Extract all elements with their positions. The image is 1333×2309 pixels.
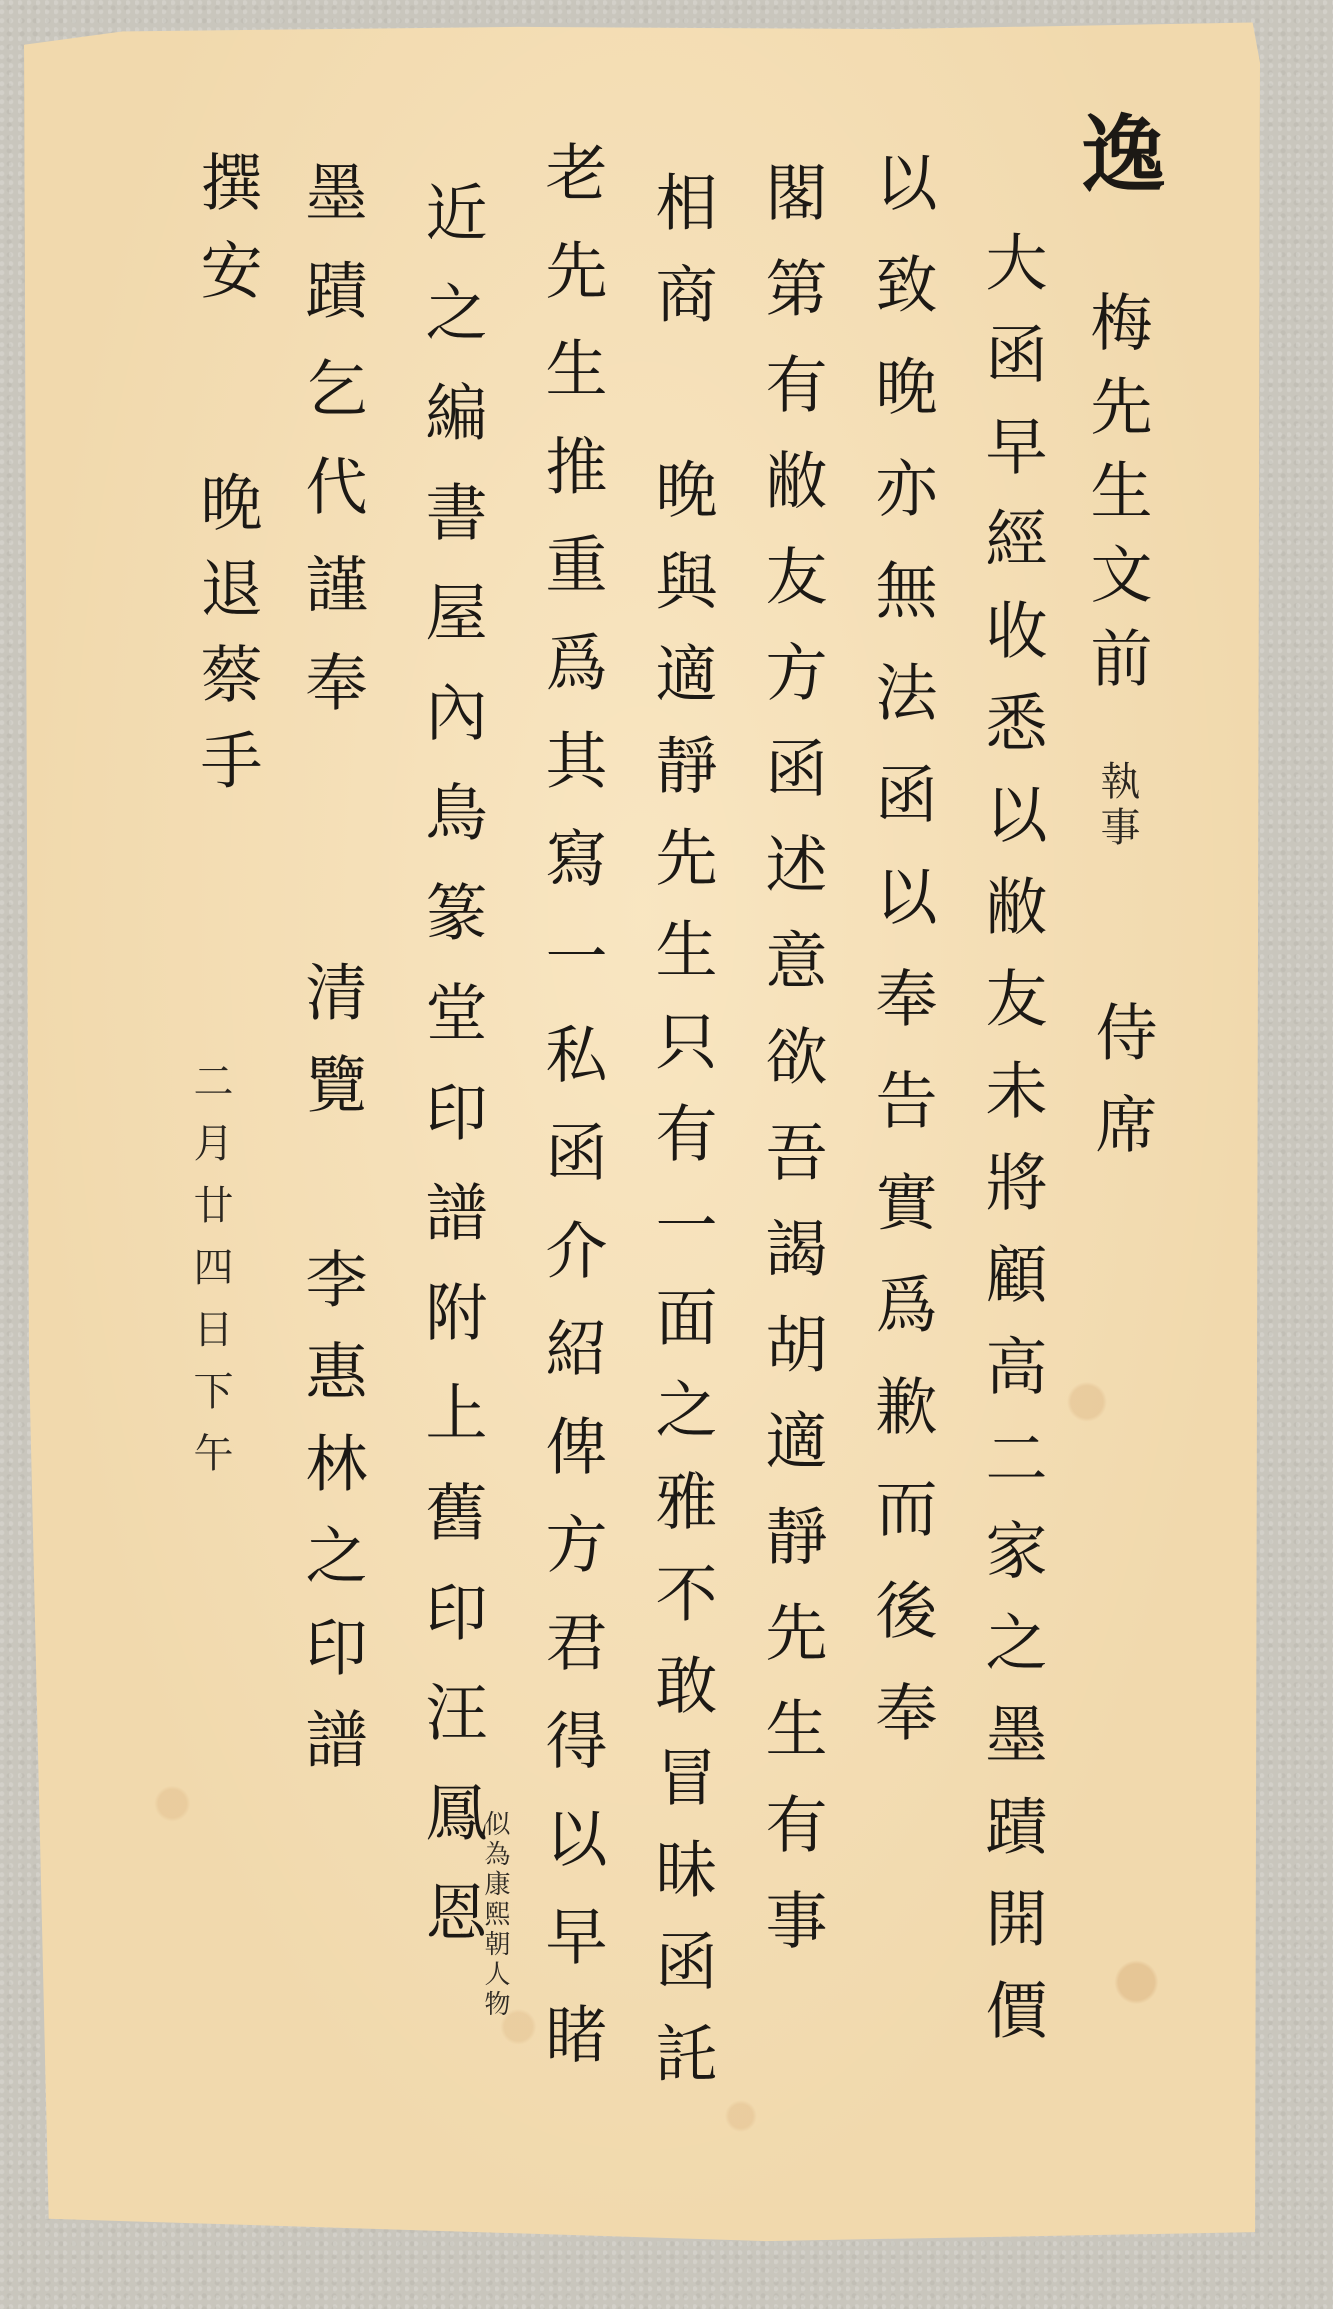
closing-greeting: 撰安 [195, 150, 257, 326]
body-column-4: 相商 晚與適靜先生只有一面之雅不敢冒昧函託 [650, 170, 712, 2113]
salutation-honorific: 執事 [1097, 760, 1137, 852]
body-column-7-continuation: 清覽 李惠林之印譜 [300, 960, 362, 1799]
margin-annotation: 似為康熙朝人物 [482, 1810, 508, 2020]
body-column-5: 老先生推重爲其寫一私函介紹俾方君得以早睹 [540, 140, 602, 2100]
body-column-3: 閣第有敝友方函述意欲吾謁胡適靜先生有事 [760, 160, 822, 1984]
body-column-1: 大函早經收悉以敝友未將顧高二家之墨蹟開價 [980, 230, 1042, 2070]
body-column-2: 以致晚亦無法函以奉告實爲歉而後奉 [870, 150, 932, 1782]
signature: 晚退蔡手 [195, 470, 257, 814]
salutation-name: 梅先生文前 [1085, 290, 1147, 710]
body-column-6: 近之編書屋內鳥篆堂印譜附上舊印汪鳳恩 [420, 180, 482, 1980]
salutation-name-large: 逸 [1075, 110, 1159, 216]
date-line: 二月廿四日下午 [190, 1060, 230, 1494]
body-column-7: 墨蹟乞代謹奉 [300, 160, 362, 748]
salutation-closing-address: 侍席 [1090, 1000, 1152, 1184]
